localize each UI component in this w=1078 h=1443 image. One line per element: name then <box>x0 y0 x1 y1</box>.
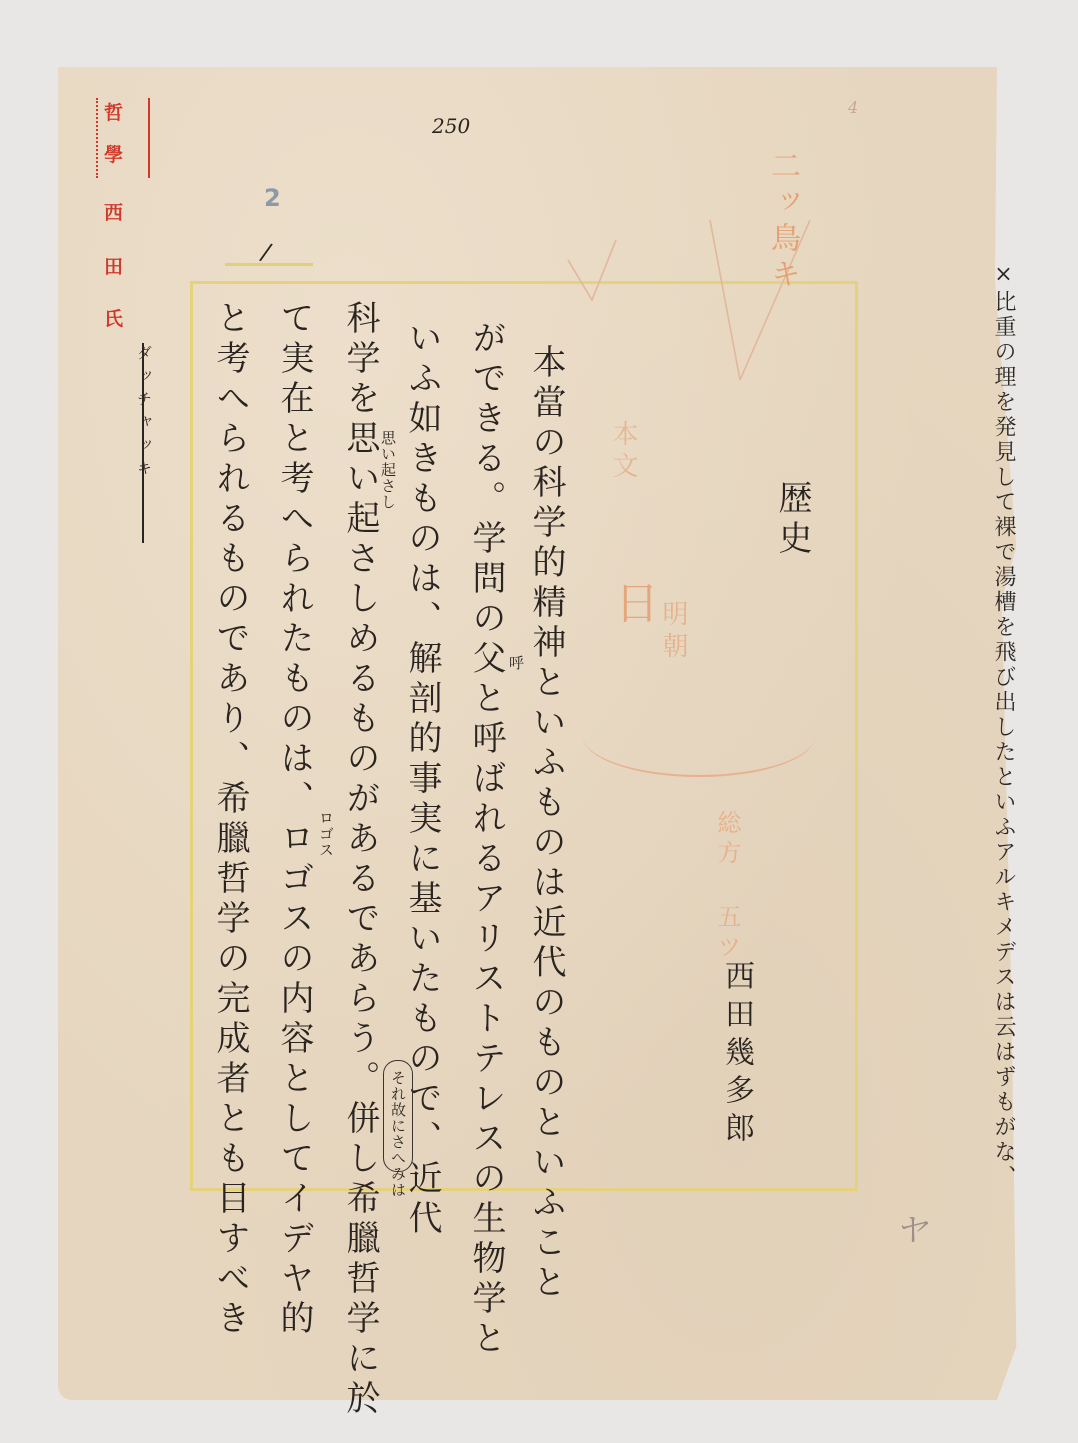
margin-note-right: ×比重の理を発見して裸で湯槽を飛び出したといふアルキメデスは云はずもがな、 <box>988 262 1019 1190</box>
edit-insert: 思い起さし <box>378 430 399 510</box>
stamp-char: 田 <box>104 258 123 277</box>
page-number: 250 <box>432 114 470 138</box>
stamp-char: 西 <box>104 204 123 223</box>
author-name: 西田幾多郎 <box>714 960 758 1150</box>
stamp-char: 氏 <box>104 310 123 329</box>
editor-note-left: 本文 <box>605 420 642 484</box>
edit-insert-call: 呼 <box>506 655 527 671</box>
body-column-5: て実在と考へられたものは、ロゴスの内容としてイデヤ的 <box>270 300 319 1340</box>
stamp-char: 哲 <box>104 104 123 123</box>
edit-insert-logos: ロゴス <box>316 810 337 858</box>
editor-note-top: 二ッ鳥キ <box>760 150 804 294</box>
stamp-char: 學 <box>104 146 123 165</box>
blue-page-number: 2 <box>264 184 281 212</box>
orange-arc <box>583 695 815 777</box>
editor-note-circle: 明朝 <box>655 600 692 664</box>
body-column-6: と考へられるものであり、希臘哲学の完成者とも目すべき <box>206 300 255 1340</box>
orange-v-marks <box>560 220 860 380</box>
body-column-1: 本當の科学的精神といふものは近代のものといふこと <box>522 344 571 1304</box>
circled-note: それ故にさへみは <box>388 1070 409 1198</box>
pencil-mark: ヤ <box>895 1205 927 1251</box>
body-column-2: ができる。学問の父と呼ばれるアリストテレスの生物学と <box>462 320 511 1360</box>
margin-struck-text: ダッチャッキ <box>134 345 155 483</box>
document-title: 歴史 <box>768 480 817 560</box>
yellow-rule <box>225 263 313 266</box>
corner-number: 4 <box>848 98 858 117</box>
editor-note-lower: 総方 五ツ <box>710 810 745 964</box>
